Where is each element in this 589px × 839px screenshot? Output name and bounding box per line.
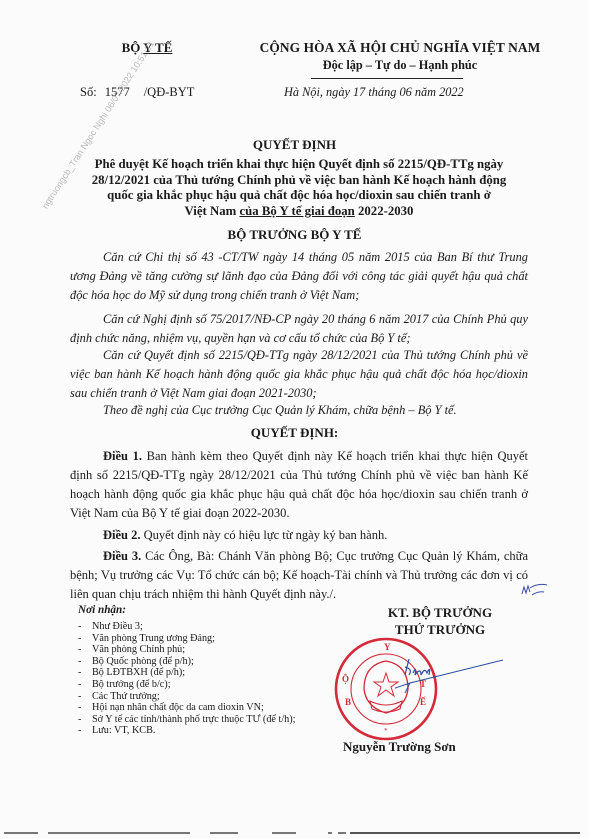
recipient-item: Bộ LĐTBXH (để p/h); <box>78 667 298 679</box>
issuing-authority: BỘ TRƯỞNG BỘ Y TẾ <box>0 227 589 243</box>
subject-line: Việt Nam của Bộ Y tế giai đoạn 2022-2030 <box>74 204 524 220</box>
signer-capacity: KT. BỘ TRƯỞNG <box>340 604 540 621</box>
national-title: CỘNG HÒA XÃ HỘI CHỦ NGHĨA VIỆT NAM Độc l… <box>230 40 570 73</box>
recipient-item: Sở Y tế các tỉnh/thành phố trực thuộc TƯ… <box>78 714 298 726</box>
subject-line-start: Việt Nam <box>185 204 240 218</box>
recipient-item: Như Điều 3; <box>78 621 298 633</box>
recipient-item: Các Thứ trưởng; <box>78 691 298 703</box>
svg-text:Y: Y <box>384 642 391 652</box>
place-and-date: Hà Nội, ngày 17 tháng 06 năm 2022 <box>284 85 464 100</box>
document-subject: Phê duyệt Kế hoạch triển khai thực hiện … <box>74 157 524 219</box>
signer-title: THỨ TRƯỞNG <box>340 621 540 638</box>
recipient-item: Bộ Quốc phòng (để p/h); <box>78 656 298 668</box>
subject-line-underlined: của Bộ Y tế giai đoạn <box>240 204 355 218</box>
svg-text:Ộ: Ộ <box>342 674 349 684</box>
article-label: Điều 3. <box>103 549 141 563</box>
recipients-block: Nơi nhận: Như Điều 3; Văn phòng Trung ươ… <box>78 604 298 737</box>
recipients-heading: Nơi nhận: <box>78 604 298 616</box>
doc-number-code: /QĐ-BYT <box>144 85 195 99</box>
recipient-item: Văn phòng Trung ương Đảng; <box>78 633 298 645</box>
article-1: Điều 1. Ban hành kèm theo Quyết định này… <box>70 447 528 523</box>
legal-basis: Căn cứ Chỉ thị số 43 -CT/TW ngày 14 thán… <box>70 248 528 305</box>
recipients-list: Như Điều 3; Văn phòng Trung ương Đảng; V… <box>78 621 298 737</box>
document-number: Số:1577/QĐ-BYT <box>80 85 194 100</box>
proposal-statement: Theo đề nghị của Cục trưởng Cục Quản lý … <box>70 403 528 418</box>
country-name: CỘNG HÒA XÃ HỘI CHỦ NGHĨA VIỆT NAM <box>230 40 570 56</box>
initials-mark <box>520 582 550 598</box>
article-text: Quyết định này có hiệu lực từ ngày ký ba… <box>141 528 388 542</box>
legal-basis: Căn cứ Nghị định số 75/2017/NĐ-CP ngày 2… <box>70 310 528 348</box>
svg-text:*: * <box>384 727 388 735</box>
recipient-item: Văn phòng Chính phủ; <box>78 644 298 656</box>
decision-heading: QUYẾT ĐỊNH: <box>0 425 589 441</box>
subject-line: quốc gia khắc phục hậu quả chất độc hóa … <box>74 188 524 204</box>
article-2: Điều 2. Quyết định này có hiệu lực từ ng… <box>70 526 528 545</box>
recipient-item: Bộ trưởng (để b/c); <box>78 679 298 691</box>
recipient-item: Hội nạn nhân chất độc da cam dioxin VN; <box>78 702 298 714</box>
subject-line: 28/12/2021 của Thủ tướng Chính phủ về vi… <box>74 173 524 189</box>
article-3: Điều 3. Các Ông, Bà: Chánh Văn phòng Bộ;… <box>70 547 528 604</box>
doc-number-label: Số: <box>80 85 97 99</box>
motto-underline <box>311 78 463 79</box>
subject-line: Phê duyệt Kế hoạch triển khai thực hiện … <box>74 157 524 173</box>
signature-block: KT. BỘ TRƯỞNG THỨ TRƯỞNG <box>340 604 540 638</box>
subject-line-end: 2022-2030 <box>355 204 414 218</box>
national-motto: Độc lập – Tự do – Hạnh phúc <box>230 58 570 73</box>
article-label: Điều 1. <box>103 449 142 463</box>
handwritten-signature <box>395 655 505 705</box>
document-type-title: QUYẾT ĐỊNH <box>0 137 589 153</box>
article-label: Điều 2. <box>103 528 141 542</box>
signer-name: Nguyễn Trường Sơn <box>343 739 456 755</box>
scan-bottom-edge <box>0 832 589 835</box>
svg-text:B: B <box>345 697 351 707</box>
legal-basis: Căn cứ Quyết định số 2215/QĐ-TTg ngày 28… <box>70 346 528 403</box>
recipient-item: Lưu: VT, KCB. <box>78 725 298 737</box>
